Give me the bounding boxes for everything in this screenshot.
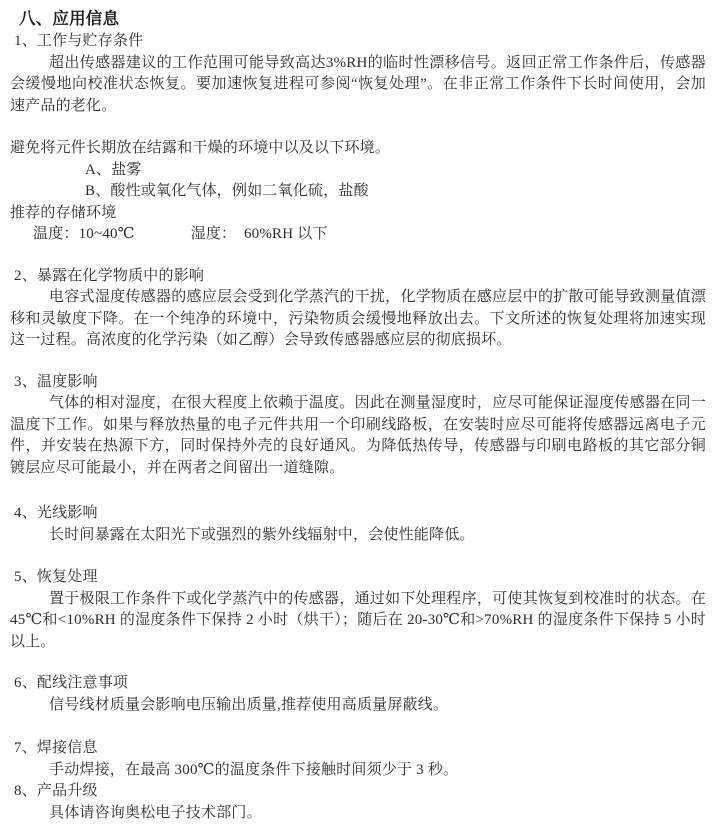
section-soldering-info: 7、焊接信息 手动焊接，在最高 300℃的温度条件下接触时间须少于 3 秒。 — [10, 738, 706, 781]
section-wiring-notes: 6、配线注意事项 信号线材质量会影响电压输出质量,推荐使用高质量屏蔽线。 — [10, 673, 706, 716]
section-paragraph: 长时间暴露在太阳光下或强烈的紫外线辐射中，会使性能降低。 — [10, 525, 706, 547]
list-item-salt-fog: A、盐雾 — [85, 160, 706, 182]
list-item-acid-gas: B、酸性或氧化气体，例如二氧化硫，盐酸 — [85, 181, 706, 203]
storage-conditions-line: 温度：10~40℃ 湿度： 60%RH 以下 — [33, 224, 706, 246]
section-paragraph: 电容式湿度传感器的感应层会受到化学蒸汽的干扰，化学物质在感应层中的扩散可能导致测… — [10, 287, 706, 352]
section-heading: 4、光线影响 — [14, 503, 706, 525]
section-paragraph: 气体的相对湿度，在很大程度上依赖于温度。因此在测量湿度时，应尽可能保证湿度传感器… — [10, 393, 706, 479]
section-light-effect: 4、光线影响 长时间暴露在太阳光下或强烈的紫外线辐射中，会使性能降低。 — [10, 503, 706, 546]
section-paragraph: 具体请咨询奥松电子技术部门。 — [10, 803, 706, 824]
page-title: 八、应用信息 — [19, 8, 706, 30]
section-paragraph: 信号线材质量会影响电压输出质量,推荐使用高质量屏蔽线。 — [10, 695, 706, 717]
section-heading: 7、焊接信息 — [14, 738, 706, 760]
section-temperature-effect: 3、温度影响 气体的相对湿度，在很大程度上依赖于温度。因此在测量湿度时，应尽可能… — [10, 372, 706, 480]
section-heading: 6、配线注意事项 — [14, 673, 706, 695]
humidity-value: 湿度： 60%RH 以下 — [191, 226, 328, 242]
section-paragraph: 超出传感器建议的工作范围可能导致高达3%RH的临时性漂移信号。返回正常工作条件后… — [10, 53, 706, 118]
section-working-storage-conditions: 1、工作与贮存条件 超出传感器建议的工作范围可能导致高达3%RH的临时性漂移信号… — [10, 31, 706, 246]
document-page: 八、应用信息 1、工作与贮存条件 超出传感器建议的工作范围可能导致高达3%RH的… — [0, 0, 728, 824]
avoid-environment-line: 避免将元件长期放在结露和干燥的环境中以及以下环境。 — [10, 138, 706, 160]
storage-environment-heading: 推荐的存储环境 — [10, 203, 706, 225]
section-heading: 5、恢复处理 — [14, 567, 706, 589]
section-heading: 8、产品升级 — [14, 781, 706, 803]
section-heading: 2、暴露在化学物质中的影响 — [14, 266, 706, 288]
section-product-upgrade: 8、产品升级 具体请咨询奥松电子技术部门。 — [10, 781, 706, 824]
section-recovery-treatment: 5、恢复处理 置于极限工作条件下或化学蒸汽中的传感器，通过如下处理程序，可使其恢… — [10, 567, 706, 653]
section-heading: 1、工作与贮存条件 — [14, 31, 706, 53]
section-chemical-exposure: 2、暴露在化学物质中的影响 电容式湿度传感器的感应层会受到化学蒸汽的干扰，化学物… — [10, 266, 706, 352]
temperature-value: 温度：10~40℃ — [33, 226, 135, 242]
section-heading: 3、温度影响 — [14, 372, 706, 394]
section-paragraph: 手动焊接，在最高 300℃的温度条件下接触时间须少于 3 秒。 — [10, 760, 706, 782]
section-paragraph: 置于极限工作条件下或化学蒸汽中的传感器，通过如下处理程序，可使其恢复到校准时的状… — [10, 589, 706, 654]
